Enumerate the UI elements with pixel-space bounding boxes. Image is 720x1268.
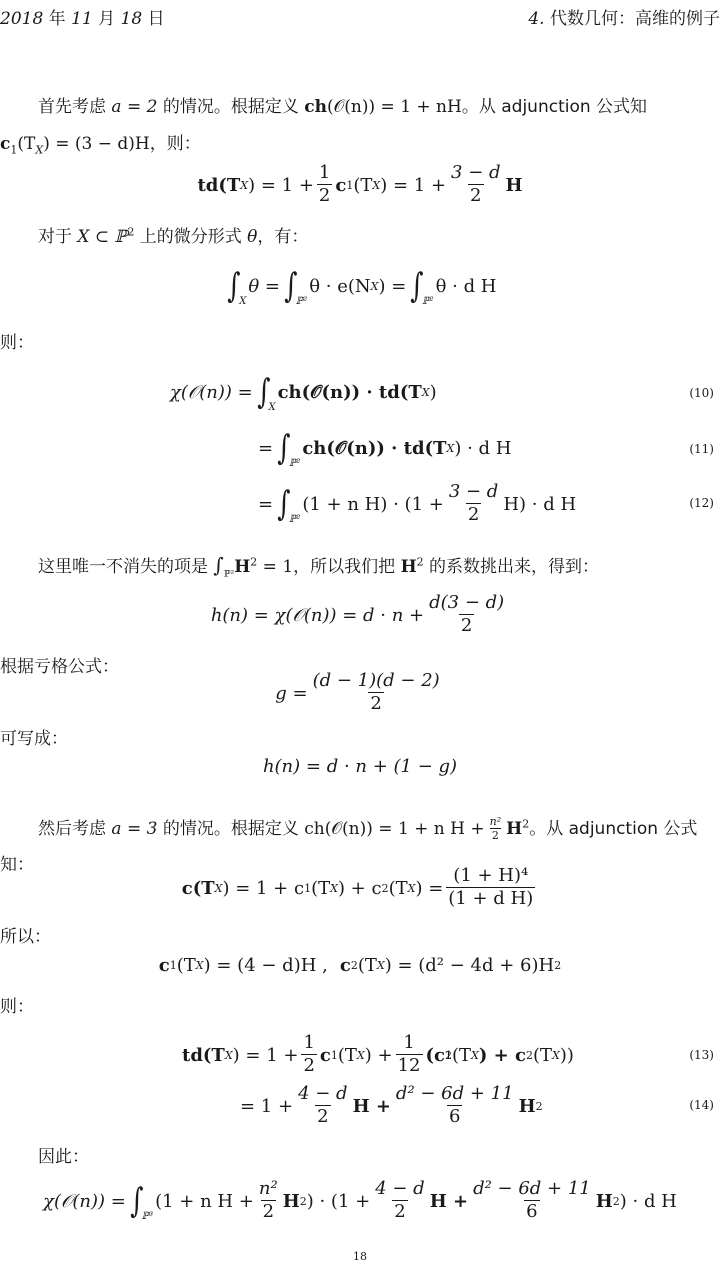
math-sup: 2 — [554, 959, 561, 972]
math: = — [258, 438, 273, 459]
paragraph-c1-a2: c1(TX) = (3 − d)H，则： — [0, 129, 720, 156]
denominator: 2 — [368, 692, 383, 715]
text: ，所以我们把 — [293, 557, 400, 577]
math-sub: X — [371, 280, 379, 293]
paragraph-case-a3: 然后考虑 a = 3 的情况。根据定义 ch(𝒪(n)) = 1 + n H +… — [0, 814, 720, 842]
math: ch — [304, 97, 327, 117]
math-sub: 1 — [445, 1049, 452, 1062]
equation-number: (12) — [689, 496, 714, 510]
math: (T — [311, 878, 330, 899]
equation-total-chern: c(TX) = 1 + c1(TX) + c2(TX) = (1 + H)⁴(1… — [0, 860, 720, 916]
denominator: 2 — [392, 1200, 407, 1223]
denominator: 6 — [447, 1105, 462, 1128]
equation-13: td(TX) = 1 + 12 c1(TX) + 112 (c21(TX) + … — [182, 1030, 574, 1080]
math-sub: X — [408, 882, 416, 895]
numerator: 1 — [401, 1033, 416, 1054]
integral-sign: ∫ℙ² — [275, 431, 300, 465]
date-month-char: 月 — [98, 9, 115, 29]
date-day-char: 日 — [148, 9, 165, 29]
math: χ(𝒪(n)) = — [43, 1191, 126, 1212]
math: (T — [353, 175, 372, 196]
equation-11: = ∫ℙ² ch(𝒪(n)) · td(TX) · d H — [258, 424, 511, 472]
integral-sign: ∫ — [213, 553, 223, 577]
math: (T — [452, 1045, 471, 1066]
denominator: 2 — [315, 1105, 330, 1128]
date-year: 2018 — [0, 9, 43, 29]
integral-sub: ℙ² — [224, 569, 234, 579]
numerator: n² — [488, 816, 504, 829]
math-sub: 1 — [346, 179, 353, 192]
equation-hilbert-genus: h(n) = d · n + (1 − g) — [0, 752, 720, 780]
math: θ = — [248, 276, 280, 297]
math: (T — [17, 134, 35, 154]
math: ) · d H — [620, 1191, 677, 1212]
fraction: (d − 1)(d − 2)2 — [311, 671, 442, 714]
integral-sign: ∫X — [225, 269, 246, 303]
math: θ — [247, 227, 257, 247]
text: 的情况。根据定义 — [157, 97, 304, 117]
math-sub: X — [330, 882, 338, 895]
math: H — [506, 819, 522, 839]
math: ) = 1 + — [248, 175, 314, 196]
math: χ(𝒪(n)) = — [170, 382, 253, 403]
math: ch(𝒪(n)) · td(T — [278, 382, 422, 403]
integral-sign: ∫ℙ² — [282, 269, 307, 303]
denominator: 2 — [466, 503, 481, 526]
numerator: 3 − d — [447, 482, 501, 503]
math: (1 + n H + — [155, 1191, 254, 1212]
fraction: d(3 − d)2 — [427, 593, 506, 636]
math: ) = — [415, 878, 443, 899]
equation-12: = ∫ℙ² (1 + n H) · (1 + 3 − d2 H) · d H — [258, 478, 576, 530]
section-title: 代数几何：高维的例子 — [550, 9, 720, 29]
math: = 1 + — [240, 1096, 293, 1117]
text: ，则： — [150, 134, 201, 154]
integral-sign: ∫X — [255, 375, 276, 409]
numerator: 4 − d — [373, 1179, 427, 1200]
paragraph-hence: 因此： — [0, 1142, 720, 1167]
math: θ · d H — [436, 276, 497, 297]
math-sub: X — [215, 882, 223, 895]
math: (c — [426, 1045, 445, 1066]
math: ) = 1 + — [380, 175, 446, 196]
text: 的情况。根据定义 — [157, 819, 304, 839]
math-sub: X — [35, 143, 43, 156]
numerator: 3 − d — [449, 163, 503, 184]
equation-10: χ(𝒪(n)) = ∫X ch(𝒪(n)) · td(TX) — [170, 368, 437, 416]
equation-integral-theta: ∫X θ = ∫ℙ² θ · e(NX) = ∫ℙ² θ · d H — [0, 258, 720, 314]
math: ) = 1 + c — [222, 878, 304, 899]
equation-number: (14) — [689, 1098, 714, 1112]
math-sub: 1 — [331, 1049, 338, 1062]
paragraph-differential-form: 对于 X ⊂ ℙ2 上的微分形式 θ，有： — [0, 222, 720, 247]
math: H — [283, 1191, 300, 1212]
math-sub: X — [240, 179, 248, 192]
integral-sub: ℙ² — [289, 514, 301, 525]
math: ) + c — [338, 878, 382, 899]
denominator: 2 — [301, 1054, 316, 1077]
math-sub: 2 — [351, 959, 358, 972]
math: H — [596, 1191, 613, 1212]
math-sub: 1 — [304, 882, 311, 895]
paragraph-case-a2: 首先考虑 a = 2 的情况。根据定义 ch(𝒪(n)) = 1 + nH。从 … — [0, 92, 720, 117]
date-day: 18 — [121, 9, 143, 29]
header-section: 4. 代数几何：高维的例子 — [528, 4, 720, 29]
denominator: 2 — [317, 184, 332, 207]
denominator: (1 + d H) — [446, 887, 535, 910]
numerator: (1 + H)⁴ — [451, 866, 530, 887]
math: td(T — [182, 1045, 225, 1066]
equation-14: = 1 + 4 − d2 H + d² − 6d + 116 H2 — [240, 1080, 543, 1132]
equation-final-euler-characteristic: χ(𝒪(n)) = ∫ℙ³ (1 + n H + n²2 H2) · (1 + … — [0, 1172, 720, 1230]
equation-number: (11) — [689, 442, 714, 456]
math: θ · e(N — [309, 276, 370, 297]
numerator: 1 — [317, 163, 332, 184]
math: (3 − d)H — [75, 134, 150, 154]
math-sub: 1 — [170, 959, 177, 972]
math: ) = (4 − d)H , — [204, 955, 328, 976]
fraction: n²2 — [257, 1179, 280, 1222]
math-sup: 2 — [536, 1100, 543, 1113]
text: 然后考虑 — [38, 819, 111, 839]
math: h(n) = χ(𝒪(n)) = d · n + — [211, 605, 424, 626]
text: 。从 adjunction 公式 — [529, 819, 697, 839]
fraction: n²2 — [488, 816, 504, 843]
math-sub: 2 — [382, 882, 389, 895]
denominator: 2 — [468, 184, 483, 207]
text: 可写成： — [0, 729, 68, 749]
math-sub: X — [471, 1049, 479, 1062]
math: H) · d H — [503, 494, 576, 515]
denominator: 2 — [490, 828, 501, 842]
numerator: n² — [257, 1179, 280, 1200]
math: ) — [430, 382, 437, 403]
fraction: 3 − d2 — [449, 163, 503, 206]
text: 上的微分形式 — [134, 227, 247, 247]
text: ，有： — [257, 227, 308, 247]
equation-td-a2: td(TX) = 1 + 12 c1(TX) = 1 + 3 − d2 H — [0, 160, 720, 210]
integral-sign: ∫ℙ² — [408, 269, 433, 303]
text: 所以： — [0, 927, 51, 947]
fraction: 112 — [396, 1033, 423, 1076]
math: c — [335, 175, 346, 196]
math: ) = — [378, 276, 406, 297]
header-date: 2018 年 11 月 18 日 — [0, 4, 165, 29]
math-sub: X — [225, 1049, 233, 1062]
math: (T — [533, 1045, 552, 1066]
numerator: 1 — [301, 1033, 316, 1054]
math: c(T — [182, 878, 215, 899]
math: = — [258, 494, 273, 515]
math: H — [401, 557, 417, 577]
denominator: 2 — [459, 614, 474, 637]
math: X ⊂ ℙ — [77, 227, 127, 247]
fraction: d² − 6d + 116 — [471, 1179, 593, 1222]
numerator: (d − 1)(d − 2) — [311, 671, 442, 692]
date-year-char: 年 — [49, 9, 66, 29]
math-sub: X — [447, 442, 455, 455]
text: 的系数挑出来，得到： — [424, 557, 599, 577]
math: a = 2 — [111, 97, 157, 117]
math: H — [506, 175, 523, 196]
math: td(T — [197, 175, 240, 196]
math-sub: X — [422, 386, 430, 399]
equation-genus: g = (d − 1)(d − 2)2 — [0, 668, 720, 718]
math: H — [234, 557, 250, 577]
numerator: d² − 6d + 11 — [394, 1084, 516, 1105]
integral-sign: ∫ℙ³ — [128, 1184, 153, 1218]
math-sub: 2 — [526, 1049, 533, 1062]
denominator: 6 — [524, 1200, 539, 1223]
numerator: d(3 − d) — [427, 593, 506, 614]
text: 这里唯一不消失的项是 — [38, 557, 213, 577]
denominator: 12 — [396, 1054, 423, 1077]
equation-hilbert-polynomial: h(n) = χ(𝒪(n)) = d · n + d(3 − d)2 — [0, 590, 720, 640]
math: ) = (d² − 4d + 6)H — [385, 955, 555, 976]
math: c — [320, 1045, 331, 1066]
math: ch(𝒪(n)) · td(T — [302, 438, 446, 459]
math: a = 3 — [111, 819, 157, 839]
math: (1 + n H) · (1 + — [302, 494, 443, 515]
math: = 1 — [257, 557, 293, 577]
integral-sub: ℙ² — [289, 458, 301, 469]
fraction: 3 − d2 — [447, 482, 501, 525]
numerator: 4 − d — [296, 1084, 350, 1105]
math: c — [159, 955, 170, 976]
denominator: 2 — [261, 1200, 276, 1223]
math: ) · (1 + — [307, 1191, 370, 1212]
math-sub: X — [372, 179, 380, 192]
paragraph-then: 则： — [0, 328, 720, 353]
paragraph-nonvanishing-term: 这里唯一不消失的项是 ∫ℙ²H2 = 1，所以我们把 H2 的系数挑出来，得到： — [0, 552, 720, 579]
page-number: 18 — [0, 1250, 720, 1263]
math-sub: X — [196, 959, 204, 972]
equation-number: (13) — [689, 1048, 714, 1062]
math: g = — [275, 683, 307, 704]
equation-chern-classes: c1(TX) = (4 − d)H , c2(TX) = (d² − 4d + … — [0, 950, 720, 980]
paragraph-therefore: 所以： — [0, 922, 720, 947]
integral-sub: ℙ² — [422, 296, 434, 307]
math: H + — [353, 1096, 391, 1117]
fraction: (1 + H)⁴(1 + d H) — [446, 866, 535, 909]
math: (T — [389, 878, 408, 899]
math: ) · d H — [454, 438, 511, 459]
fraction: d² − 6d + 116 — [394, 1084, 516, 1127]
math: c — [0, 134, 10, 154]
math: H — [519, 1096, 536, 1117]
math: ) + — [365, 1045, 393, 1066]
math-sup: 2 — [613, 1195, 620, 1208]
integral-sign: ∫ℙ² — [275, 487, 300, 521]
fraction: 4 − d2 — [296, 1084, 350, 1127]
math: ch(𝒪(n)) = 1 + n H + — [304, 819, 484, 839]
math: (T — [358, 955, 377, 976]
math: c — [340, 955, 351, 976]
text: 。从 adjunction 公式知 — [462, 97, 647, 117]
math: ) = — [43, 134, 75, 154]
math: (𝒪(n)) = 1 + nH — [327, 97, 462, 117]
math-sup: 2 — [417, 555, 424, 568]
math: ) = 1 + — [233, 1045, 299, 1066]
math: (T — [177, 955, 196, 976]
math-sub: X — [357, 1049, 365, 1062]
math: ) + c — [479, 1045, 526, 1066]
equation-number: (10) — [689, 386, 714, 400]
math: (T — [338, 1045, 357, 1066]
text: 首先考虑 — [38, 97, 111, 117]
fraction: 12 — [317, 163, 332, 206]
math-sub: X — [552, 1049, 560, 1062]
math-sup: 2 — [300, 1195, 307, 1208]
text: 则： — [0, 997, 34, 1017]
paragraph-can-write: 可写成： — [0, 724, 720, 749]
math: )) — [560, 1045, 574, 1066]
math: h(n) = d · n + (1 − g) — [263, 756, 457, 777]
text: 因此： — [38, 1147, 89, 1167]
paragraph-then-2: 则： — [0, 992, 720, 1017]
text: 对于 — [38, 227, 77, 247]
text: 则： — [0, 333, 34, 353]
math-sub: X — [377, 959, 385, 972]
math: H + — [430, 1191, 468, 1212]
section-number: 4. — [528, 9, 544, 29]
numerator: d² − 6d + 11 — [471, 1179, 593, 1200]
fraction: 12 — [301, 1033, 316, 1076]
date-month: 11 — [71, 9, 93, 29]
fraction: 4 − d2 — [373, 1179, 427, 1222]
